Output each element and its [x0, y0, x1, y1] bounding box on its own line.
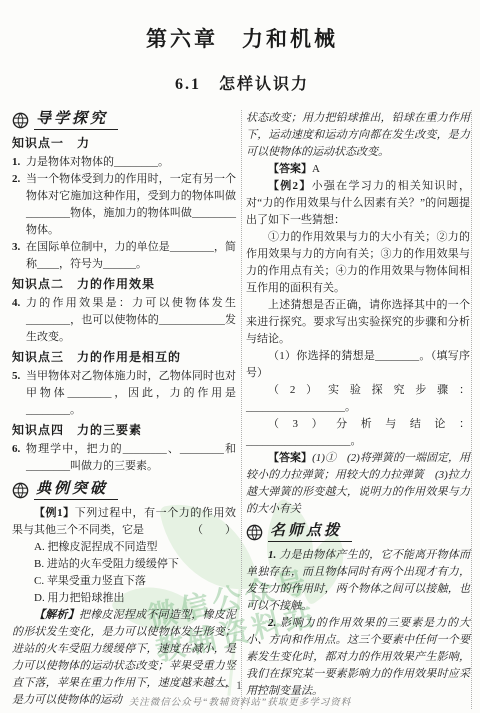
classic-example-header: 典例突破 — [12, 481, 236, 500]
option-d: D. 用力把铅球推出 — [12, 590, 236, 607]
example-2-tag: 【例2】 — [268, 180, 312, 192]
question-text: 力的作用效果是：力可以使物体发生________，也可以使物体的________… — [26, 297, 236, 343]
question-number: 6. — [12, 441, 20, 458]
example-2-instruction: 上述猜想是否正确，请你选择其中的一个来进行探究。要求写出实验探究的步骤和分析与结… — [246, 297, 470, 348]
guided-study-header: 导学探究 — [12, 111, 236, 130]
knowledge-point-4-title: 知识点四 力的三要素 — [12, 422, 236, 439]
teacher-note-1: 1. 力是由物体产生的，它不能离开物体而单独存在，而且物体同时有两个出现才有力，… — [246, 547, 470, 615]
option-b: B. 进站的火车受阻力缓缓停下 — [12, 556, 236, 573]
column-divider — [241, 110, 242, 709]
section-title: 6.1 怎样认识力 — [12, 71, 472, 94]
note-number: 2. — [268, 617, 276, 629]
teacher-tips-label: 名师点拨 — [268, 523, 352, 542]
question-1: 1. 力是物体对物体的________。 — [12, 154, 236, 171]
striped-ball-icon — [246, 524, 263, 541]
chapter-title: 第六章 力和机械 — [12, 23, 472, 53]
striped-ball-icon — [12, 112, 29, 129]
analysis-continuation-text: 状态改变；用力把铅球推出，铅球在重力作用下，运动速度和运动方向都在发生改变，是力… — [246, 112, 470, 158]
question-4: 4. 力的作用效果是：力可以使物体发生________，也可以使物体的_____… — [12, 295, 236, 346]
option-c: C. 苹果受重力竖直下落 — [12, 573, 236, 590]
note-number: 1. — [268, 549, 276, 561]
left-column: 导学探究 知识点一 力 1. 力是物体对物体的________。 2. 当一个物… — [12, 110, 236, 709]
example-1-stem: 【例1】下列过程中，有一个力的作用效果与其他三个不同类，它是（ ） — [12, 505, 236, 539]
knowledge-point-2-title: 知识点二 力的作用效果 — [12, 276, 236, 293]
question-number: 2. — [12, 171, 20, 188]
analysis-tag: 【解析】 — [34, 609, 79, 621]
option-a: A. 把橡皮泥捏成不同造型 — [12, 539, 236, 556]
question-2: 2. 当一个物体受到力的作用时，一定有另一个物体对它施加这种作用，受到力的物体叫… — [12, 171, 236, 239]
classic-example-label: 典例突破 — [34, 481, 118, 500]
question-number: 4. — [12, 295, 20, 312]
answer-1-text: A — [312, 163, 320, 175]
question-5: 5. 当甲物体对乙物体施力时，乙物体同时也对甲物体________，因此，力的作… — [12, 368, 236, 419]
two-column-layout: 导学探究 知识点一 力 1. 力是物体对物体的________。 2. 当一个物… — [12, 110, 472, 709]
question-number: 5. — [12, 368, 20, 385]
example-1-tag: 【例1】 — [34, 507, 75, 519]
answer-bracket: （ ） — [170, 522, 236, 539]
sub-question-2: （2）实验探究步骤：__________________。 — [246, 382, 470, 416]
analysis-continuation: 状态改变；用力把铅球推出，铅球在重力作用下，运动速度和运动方向都在发生改变，是力… — [246, 110, 470, 161]
teacher-tips-header: 名师点拨 — [246, 523, 470, 542]
question-text: 当一个物体受到力的作用时，一定有另一个物体对它施加这种作用，受到力的物体叫做__… — [26, 173, 236, 236]
note-text: 力是由物体产生的，它不能离开物体而单独存在，而且物体同时有两个出现才有力，发生力… — [246, 549, 470, 612]
workbook-page: 第六章 力和机械 6.1 怎样认识力 导学探究 知识点一 力 1. 力是物体对物… — [0, 0, 480, 709]
question-number: 1. — [12, 154, 20, 171]
footer-note: 关注微信公众号“教辅资料站”获取更多学习资料 — [0, 694, 480, 708]
example-2-guesses: ①力的作用效果与力的大小有关；②力的作用效果与力的方向有关；③力的作用效果与力的… — [246, 229, 470, 297]
answer-2-tag: 【答案】 — [268, 452, 312, 464]
question-3: 3. 在国际单位制中，力的单位是________，简称____，符号为_____… — [12, 239, 236, 273]
page-number: — 1 — — [0, 678, 480, 693]
question-text: 力是物体对物体的________。 — [26, 156, 169, 168]
knowledge-point-3-title: 知识点三 力的作用是相互的 — [12, 349, 236, 366]
question-6: 6. 物理学中，把力的________、________和________叫做力… — [12, 441, 236, 475]
guided-study-label: 导学探究 — [34, 111, 118, 130]
answer-1: 【答案】A — [246, 161, 470, 178]
answer-2: 【答案】(1)① (2)将弹簧的一端固定，用较小的力拉弹簧；用较大的力拉弹簧 (… — [246, 450, 470, 518]
page-footer: — 1 — 关注微信公众号“教辅资料站”获取更多学习资料 — [0, 678, 480, 708]
question-text: 当甲物体对乙物体施力时，乙物体同时也对甲物体________，因此，力的作用是_… — [26, 370, 236, 416]
striped-ball-icon — [12, 482, 29, 499]
example-2-stem: 【例2】小强在学习力的相关知识时，对“力的作用效果与什么因素有关？”的问题提出了… — [246, 178, 470, 229]
answer-1-tag: 【答案】 — [268, 163, 312, 175]
knowledge-point-1-title: 知识点一 力 — [12, 135, 236, 152]
question-text: 物理学中，把力的________、________和________叫做力的三要… — [26, 443, 236, 472]
sub-question-3: （3）分析与结论：___________________。 — [246, 416, 470, 450]
right-column: 状态改变；用力把铅球推出，铅球在重力作用下，运动速度和运动方向都在发生改变，是力… — [246, 110, 470, 700]
question-text: 在国际单位制中，力的单位是________，简称____，符号为______。 — [26, 241, 236, 270]
sub-question-1: （1）你选择的猜想是________。（填写序号） — [246, 348, 470, 382]
question-number: 3. — [12, 239, 20, 256]
